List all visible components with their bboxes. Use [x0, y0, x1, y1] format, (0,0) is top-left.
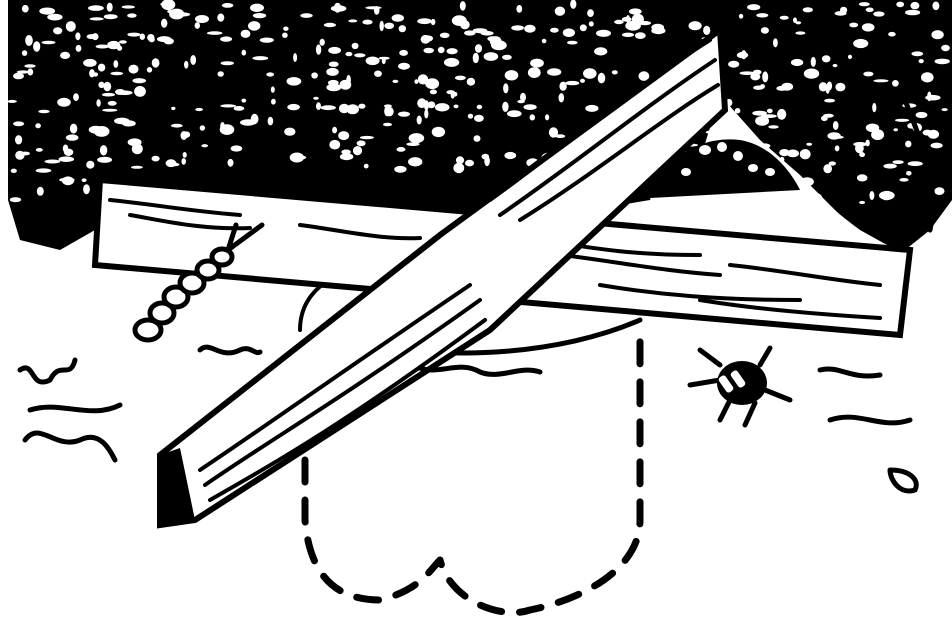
trap-illustration: [0, 0, 952, 635]
